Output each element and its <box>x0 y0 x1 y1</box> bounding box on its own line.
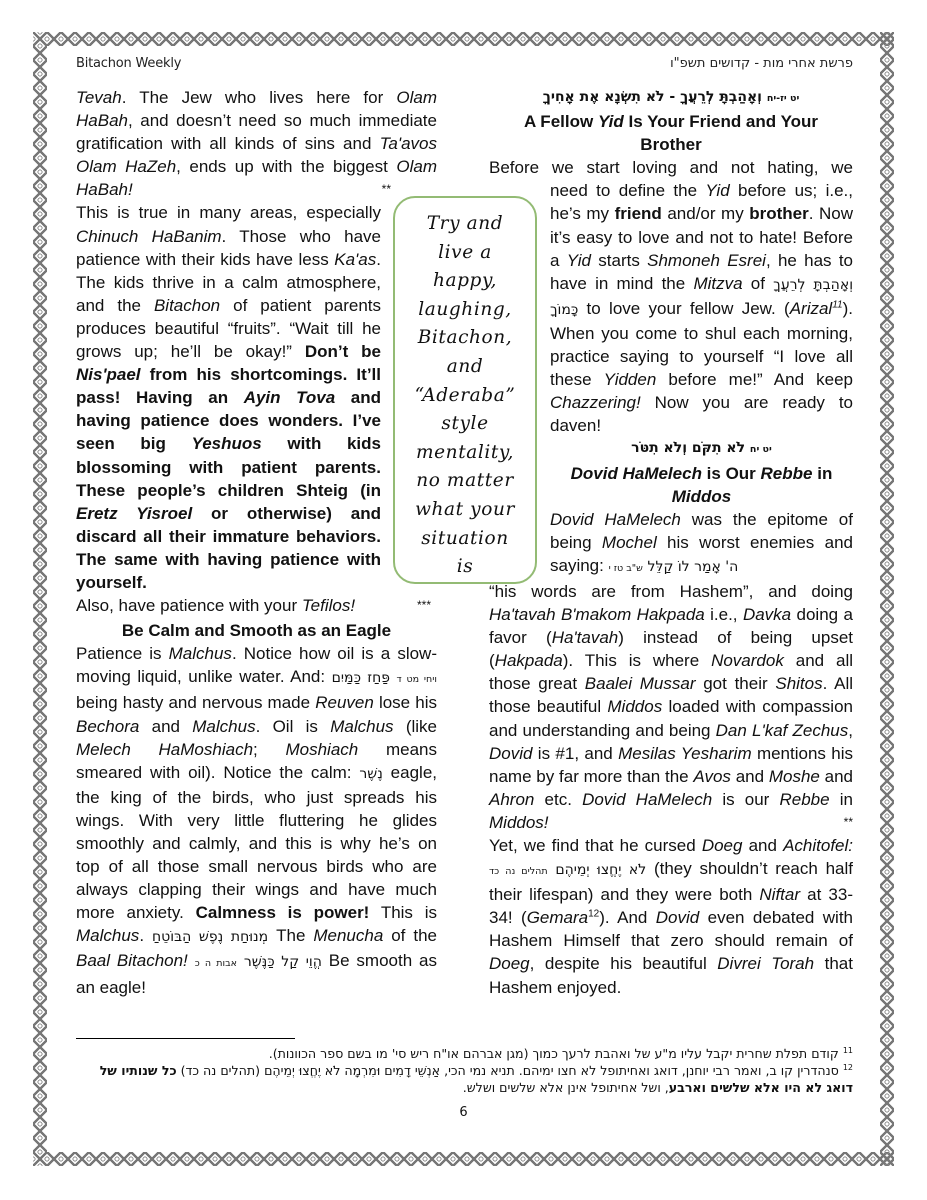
term: Achitofel: <box>783 836 853 855</box>
term: Ha'tavah <box>552 628 619 647</box>
text: , <box>848 721 853 740</box>
hebrew-heading: וְאָהַבְתָּ לְרֵעֲךָ - לֹא תִשְׂנָא אֶת … <box>543 89 762 105</box>
text: is #1, and <box>532 744 618 763</box>
term: Middos! <box>489 813 549 832</box>
term: Dovid HaMelech <box>582 790 712 809</box>
term: Doeg <box>489 954 530 973</box>
section-heading-hebrew-love: וְאָהַבְתָּ לְרֵעֲךָ - לֹא תִשְׂנָא אֶת … <box>489 86 853 110</box>
right-column: וְאָהַבְתָּ לְרֵעֲךָ - לֹא תִשְׂנָא אֶת … <box>489 86 853 999</box>
bold-text: brother <box>749 204 809 223</box>
term: Dovid <box>656 908 699 927</box>
section-stars: ** <box>844 811 853 834</box>
heading-term: Rebbe <box>761 464 813 483</box>
footnote-text: , ושל אחיתופל אינן אלא שלשים ושלש. <box>463 1080 669 1095</box>
text: lose his <box>374 693 437 712</box>
newsletter-page: Bitachon Weekly פרשת אחרי מות - קדושים ת… <box>0 0 927 1200</box>
bold-text: Calmness is power! <box>196 903 370 922</box>
parsha-title: פרשת אחרי מות - קדושים תשפ"ו <box>670 56 853 71</box>
footnote-number: 11 <box>843 1046 853 1055</box>
term: Ha'tavah B'makom Hakpada <box>489 605 705 624</box>
footnote-text: קודם תפלת שחרית יקבל עליו מ"ע של ואהבת ל… <box>269 1046 839 1061</box>
text: (like <box>394 717 437 736</box>
text: in <box>830 790 853 809</box>
hebrew-quote: הֱוֵי קַל כַּנֶּשֶׁר <box>244 954 322 970</box>
paragraph-fellow-yid: need to define the Yid before us; i.e., … <box>550 179 853 437</box>
text: This is true in many areas, especially <box>76 203 381 222</box>
term: Moshiach <box>285 740 358 759</box>
term: Nis'pael <box>76 365 141 384</box>
decorative-border-top <box>33 32 894 46</box>
text: before me!” And keep <box>656 370 853 389</box>
term: Dan L'kaf Zechus <box>716 721 849 740</box>
source-citation: ש"ב טז י <box>609 563 643 574</box>
text: . The Jew who lives here for <box>122 88 397 107</box>
term: Mochel <box>602 533 657 552</box>
term: Malchus <box>76 926 139 945</box>
text <box>188 951 195 970</box>
hebrew-heading: לֹא תִקֹּם וְלֹא תִטֹּר <box>631 440 745 456</box>
term: Niftar <box>759 885 800 904</box>
text: need to define the <box>550 181 705 200</box>
section-dovid: לֹא תִקֹּם וְלֹא תִטֹּר יט יח Dovid HaMe… <box>550 437 853 580</box>
text: eagle, the king of the birds, who just s… <box>76 763 437 923</box>
term: Dovid HaMelech <box>550 510 681 529</box>
paragraph-olam-habah: Tevah. The Jew who lives here for Olam H… <box>76 86 437 201</box>
term: Chinuch HaBanim <box>76 227 222 246</box>
text: of <box>743 274 774 293</box>
text: and <box>139 717 192 736</box>
page-number: 6 <box>0 1105 927 1120</box>
text: i.e., <box>705 605 743 624</box>
bold-text: friend <box>615 204 662 223</box>
text: and/or my <box>662 204 749 223</box>
heading-text: A Fellow <box>524 112 598 131</box>
term: Melech HaMoshiach <box>76 740 253 759</box>
term: Tevah <box>76 88 122 107</box>
source-citation: יט יח <box>750 444 772 455</box>
text: to love your fellow Jew. ( <box>578 299 789 318</box>
source-citation: יט יז-יח <box>767 93 799 104</box>
term: Baalei Mussar <box>585 674 696 693</box>
text: . Oil is <box>256 717 331 736</box>
term: Chazzering! <box>550 393 641 412</box>
text: , despite his beautiful <box>530 954 718 973</box>
footnote-ref-12[interactable]: 12 <box>588 909 599 920</box>
text: Patience is <box>76 644 169 663</box>
text: of the <box>383 926 437 945</box>
term: Hakpada <box>495 651 563 670</box>
text: . <box>139 926 152 945</box>
heading-text: in <box>813 464 833 483</box>
footnote-text: סנהדרין קו ב, ואמר רבי יוחנן, דואג ואחית… <box>177 1063 839 1078</box>
source-citation: תהלים נה כד <box>489 866 548 877</box>
paragraph-patience-end: Also, have patience with your Tefilos!**… <box>76 594 437 617</box>
decorative-border-right <box>880 32 894 1166</box>
section-stars: ** <box>382 178 391 201</box>
heading-text: Brother <box>640 135 701 154</box>
section-heading-dovid-rebbe: Dovid HaMelech is Our Rebbe inMiddos <box>550 462 853 508</box>
text: and <box>742 836 783 855</box>
text: is our <box>712 790 779 809</box>
term: Novardok <box>711 651 784 670</box>
decorative-border-bottom <box>33 1152 894 1166</box>
text: , ends up with the biggest <box>176 157 396 176</box>
term: Tefilos! <box>302 596 355 615</box>
term: Ahron <box>489 790 534 809</box>
text: etc. <box>534 790 582 809</box>
text: and <box>731 767 769 786</box>
source-citation: אבות ה כ <box>195 958 237 969</box>
term: Menucha <box>313 926 383 945</box>
footnote-ref-11[interactable]: 11 <box>832 299 842 310</box>
term: Yeshuos <box>192 434 262 453</box>
term: Divrei Torah <box>717 954 814 973</box>
term: Rebbe <box>779 790 829 809</box>
section-stars: *** <box>417 594 431 617</box>
term: Davka <box>743 605 791 624</box>
term: Ka'as <box>334 250 376 269</box>
term: Reuven <box>315 693 374 712</box>
publication-title: Bitachon Weekly <box>76 56 181 71</box>
term: Shmoneh Esrei <box>647 251 766 270</box>
page-header: Bitachon Weekly פרשת אחרי מות - קדושים ת… <box>76 56 853 76</box>
term: Malchus <box>169 644 232 663</box>
hebrew-word: נֶשֶׁר <box>359 766 382 782</box>
paragraph-eagle: Patience is Malchus. Notice how oil is a… <box>76 642 437 998</box>
term: Yid <box>705 181 729 200</box>
term: Doeg <box>702 836 743 855</box>
text: starts <box>591 251 647 270</box>
hebrew-quote: לֹא יֶחֱצוּ יְמֵיהֶם <box>555 862 646 878</box>
term: Yidden <box>604 370 657 389</box>
section-heading-fellow-yid: A Fellow Yid Is Your Friend and YourBrot… <box>489 110 853 156</box>
term: Yid <box>567 251 591 270</box>
text: ; <box>253 740 285 759</box>
term: Dovid <box>489 744 532 763</box>
paragraph-fellow-intro: Before we start loving and not hating, w… <box>489 156 853 179</box>
term: Shitos <box>775 674 822 693</box>
text: ). This is where <box>563 651 711 670</box>
hebrew-quote: מְנוּחַת נֶפֶשׁ הַבּוֹטֵחַ <box>152 929 268 945</box>
footnote-separator <box>76 1038 295 1039</box>
term: Mitzva <box>693 274 742 293</box>
heading-text: is Our <box>702 464 761 483</box>
bold-text: Don’t be <box>305 342 381 361</box>
section-heading-hebrew-vengeance: לֹא תִקֹּם וְלֹא תִטֹּר יט יח <box>550 437 853 461</box>
source-citation: ויחי מט ד <box>397 674 437 685</box>
hebrew-quote: פַּחַז כַּמַּיִם <box>332 670 390 686</box>
footnote-11: 11 קודם תפלת שחרית יקבל עליו מ"ע של ואהב… <box>76 1045 853 1062</box>
decorative-border-left <box>33 32 47 1166</box>
term: Eretz Yisroel <box>76 504 192 523</box>
term: Gemara <box>527 908 588 927</box>
heading-text: Is Your Friend and Your <box>624 112 818 131</box>
text: The <box>268 926 313 945</box>
paragraph-dovid-middos: “his words are from Hashem”, and doing H… <box>489 580 853 834</box>
term: Baal Bitachon! <box>76 951 188 970</box>
term: Bitachon <box>154 296 220 315</box>
term: Moshe <box>769 767 820 786</box>
footnote-12: 12 סנהדרין קו ב, ואמר רבי יוחנן, דואג וא… <box>76 1062 853 1096</box>
paragraph-patience-chinuch: This is true in many areas, especially C… <box>76 201 381 594</box>
text: and <box>820 767 853 786</box>
term: Malchus <box>192 717 255 736</box>
text: ). And <box>599 908 656 927</box>
text: got their <box>696 674 776 693</box>
term: Middos <box>607 697 662 716</box>
text: being hasty and nervous made <box>76 693 315 712</box>
hebrew-quote: ה' אָמַר לוֹ קַלֵּל <box>648 559 739 575</box>
text: Also, have patience with your <box>76 596 302 615</box>
heading-term: Yid <box>598 112 624 131</box>
footnote-number: 12 <box>843 1063 853 1072</box>
text: Yet, we find that he cursed <box>489 836 702 855</box>
text: “his words are from Hashem”, and doing <box>489 582 853 601</box>
heading-term: Dovid HaMelech <box>571 464 702 483</box>
text: This is <box>369 903 437 922</box>
term: Ayin Tova <box>244 388 335 407</box>
term: Malchus <box>330 717 393 736</box>
paragraph-dovid-start: Dovid HaMelech was the epitome of being … <box>550 508 853 580</box>
left-column: Tevah. The Jew who lives here for Olam H… <box>76 86 437 999</box>
heading-term: Middos <box>672 487 732 506</box>
paragraph-doeg-achitofel: Yet, we find that he cursed Doeg and Ach… <box>489 834 853 999</box>
term: Arizal <box>790 299 833 318</box>
term: Avos <box>693 767 731 786</box>
term: Bechora <box>76 717 139 736</box>
term: Mesilas Yesharim <box>618 744 752 763</box>
section-heading-eagle: Be Calm and Smooth as an Eagle <box>76 619 437 642</box>
footnotes: 11 קודם תפלת שחרית יקבל עליו מ"ע של ואהב… <box>76 1045 853 1096</box>
